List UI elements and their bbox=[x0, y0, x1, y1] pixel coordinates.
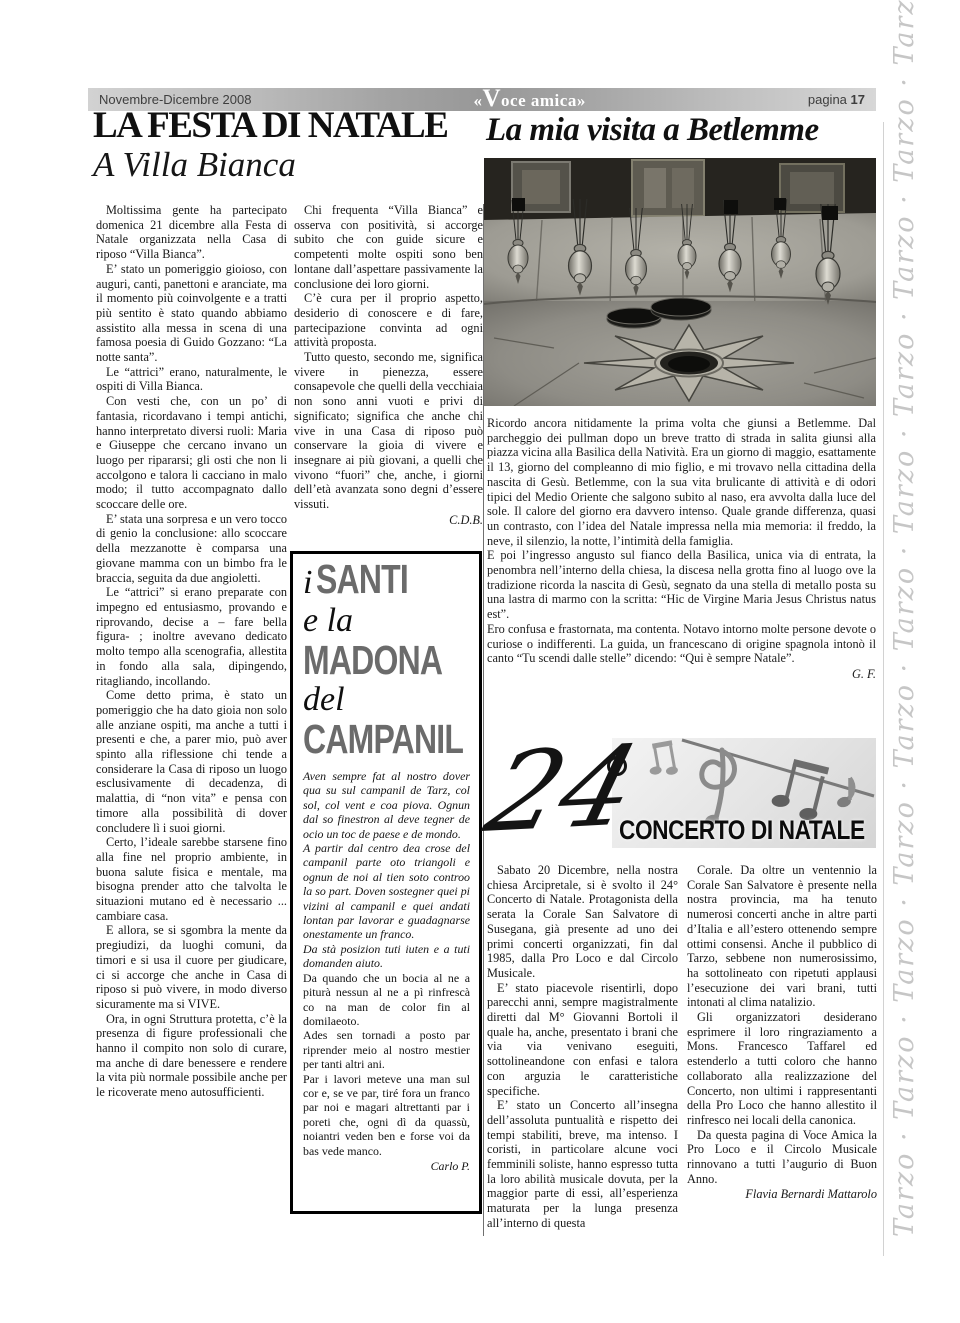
festa-title: LA FESTA DI NATALE bbox=[93, 106, 485, 146]
degree-circle-icon bbox=[607, 756, 627, 776]
poem-verse-roman: Da quando che un bocia al ne a piturà ne… bbox=[303, 971, 470, 1029]
poem-verses: Aven sempre fat al nostro dover qua su s… bbox=[303, 769, 470, 1173]
poem-title-e-la: e la bbox=[303, 602, 470, 640]
masthead-rest: oce amica» bbox=[501, 91, 586, 110]
poem-title-line-3: MADONA bbox=[303, 640, 470, 681]
nativity-grotto-illustration bbox=[484, 158, 876, 406]
betlemme-paragraph: Ero confusa e frastornata, ma contenta. … bbox=[487, 622, 876, 666]
festa-signature: C.D.B. bbox=[294, 513, 483, 528]
festa-paragraph: Moltissima gente ha partecipato domenica… bbox=[96, 203, 287, 262]
festa-column-2: Chi frequenta “Villa Bianca” e osserva c… bbox=[294, 203, 483, 527]
margin-vertical-text: Tarzo · Tarzo · Tarzo · Tarzo · Tarzo · … bbox=[885, 107, 925, 1237]
betlemme-signature: G. F. bbox=[487, 667, 876, 682]
concerto-paragraph: Corale. Da oltre un ventennio la Corale … bbox=[687, 863, 877, 1010]
betlemme-paragraph: Ricordo ancora nitidamente la prima volt… bbox=[487, 416, 876, 548]
poem-verse-roman: Par i lavori meteve una man sul cor e, s… bbox=[303, 1072, 470, 1158]
concerto-paragraph: Sabato 20 Dicembre, nella nostra chiesa … bbox=[487, 863, 678, 981]
poem-signature: Carlo P. bbox=[303, 1159, 470, 1173]
betlemme-paragraph: E poi l’ingresso angusto sul fianco dell… bbox=[487, 548, 876, 622]
poem-title-campanil: CAMPANIL bbox=[303, 719, 463, 760]
festa-paragraph: Chi frequenta “Villa Bianca” e osserva c… bbox=[294, 203, 483, 291]
festa-paragraph: C’è cura per il proprio aspetto, desider… bbox=[294, 291, 483, 350]
poem-title-madona: MADONA bbox=[303, 640, 442, 681]
poem-verse-italic: Da stà posizion tuti iuten e a tuti doma… bbox=[303, 942, 470, 971]
concerto-signature: Flavia Bernardi Mattarolo bbox=[687, 1187, 877, 1202]
masthead-initial: V bbox=[482, 85, 501, 112]
festa-paragraph: E’ stato un pomeriggio gioioso, con augu… bbox=[96, 262, 287, 365]
poem-title-del: del bbox=[303, 681, 470, 719]
page-word: pagina bbox=[808, 92, 847, 107]
betlemme-title: La mia visita a Betlemme bbox=[486, 112, 878, 149]
concerto-title: CONCERTO DI NATALE bbox=[619, 817, 865, 844]
poem-title-i: i bbox=[303, 564, 312, 601]
festa-paragraph: Le “attrici” erano, naturalmente, le osp… bbox=[96, 365, 287, 394]
festa-paragraph: E’ stata una sorpresa e un vero tocco di… bbox=[96, 512, 287, 586]
poem-verse-roman: Ades sen tornadi a posto par riprender m… bbox=[303, 1028, 470, 1071]
page-number-value: 17 bbox=[851, 92, 865, 107]
festa-paragraph: Ora, in ogni Struttura protetta, c’è la … bbox=[96, 1012, 287, 1100]
festa-paragraph: Con vesti che, con un po’ di fantasia, r… bbox=[96, 394, 287, 512]
concerto-column-2: Corale. Da oltre un ventennio la Corale … bbox=[687, 863, 877, 1202]
poem-title-santi: SANTI bbox=[316, 559, 408, 600]
page-number: pagina 17 bbox=[808, 92, 865, 107]
festa-column-1: Moltissima gente ha partecipato domenica… bbox=[96, 203, 287, 1100]
festa-subtitle: A Villa Bianca bbox=[93, 146, 485, 184]
poem-box: i SANTI e la MADONA del CAMPANIL Aven se… bbox=[290, 551, 482, 1214]
poem-verse-italic: Aven sempre fat al nostro dover qua su s… bbox=[303, 769, 470, 841]
nativity-grotto-photo bbox=[484, 158, 876, 406]
concerto-banner: CONCERTO DI NATALE 24 bbox=[478, 735, 876, 867]
concerto-column-2-paragraphs: Corale. Da oltre un ventennio la Corale … bbox=[687, 863, 877, 1186]
festa-column-2-paragraphs: Chi frequenta “Villa Bianca” e osserva c… bbox=[294, 203, 483, 512]
betlemme-article-text: Ricordo ancora nitidamente la prima volt… bbox=[487, 416, 876, 682]
poem-title-line-5: CAMPANIL bbox=[303, 719, 470, 760]
festa-article-header: LA FESTA DI NATALE A Villa Bianca bbox=[93, 106, 485, 184]
festa-paragraph: Tutto questo, secondo me, significa vive… bbox=[294, 350, 483, 512]
margin-rule bbox=[883, 122, 884, 1256]
festa-paragraph: Come detto prima, è stato un pomeriggio … bbox=[96, 688, 287, 835]
festa-paragraph: Le “attrici” si erano preparate con impe… bbox=[96, 585, 287, 688]
betlemme-paragraphs: Ricordo ancora nitidamente la prima volt… bbox=[487, 416, 876, 666]
masthead: «Voce amica» bbox=[473, 87, 585, 112]
concerto-column-1: Sabato 20 Dicembre, nella nostra chiesa … bbox=[487, 863, 678, 1231]
poem-verses-roman: Da quando che un bocia al ne a piturà ne… bbox=[303, 971, 470, 1158]
festa-paragraph: Certo, l’ideale sarebbe starsene fino al… bbox=[96, 835, 287, 923]
concerto-paragraph: Da questa pagina di Voce Amica la Pro Lo… bbox=[687, 1128, 877, 1187]
poem-title-line-1: i SANTI bbox=[303, 559, 470, 602]
poem-verses-italic: Aven sempre fat al nostro dover qua su s… bbox=[303, 769, 470, 971]
concerto-paragraph: E’ stato piacevole risentirli, dopo pare… bbox=[487, 981, 678, 1099]
music-notes-image: CONCERTO DI NATALE bbox=[612, 738, 876, 848]
festa-paragraph: E allora, se si sgombra la mente da preg… bbox=[96, 923, 287, 1011]
concerto-paragraph: E’ stato un Concerto all’insegna dell’as… bbox=[487, 1098, 678, 1230]
poem-verse-italic: A partir dal centro dea crose del campan… bbox=[303, 841, 470, 942]
concerto-paragraph: Gli organizzatori desiderano esprimere i… bbox=[687, 1010, 877, 1128]
concerto-numeral: 24 bbox=[478, 736, 647, 843]
